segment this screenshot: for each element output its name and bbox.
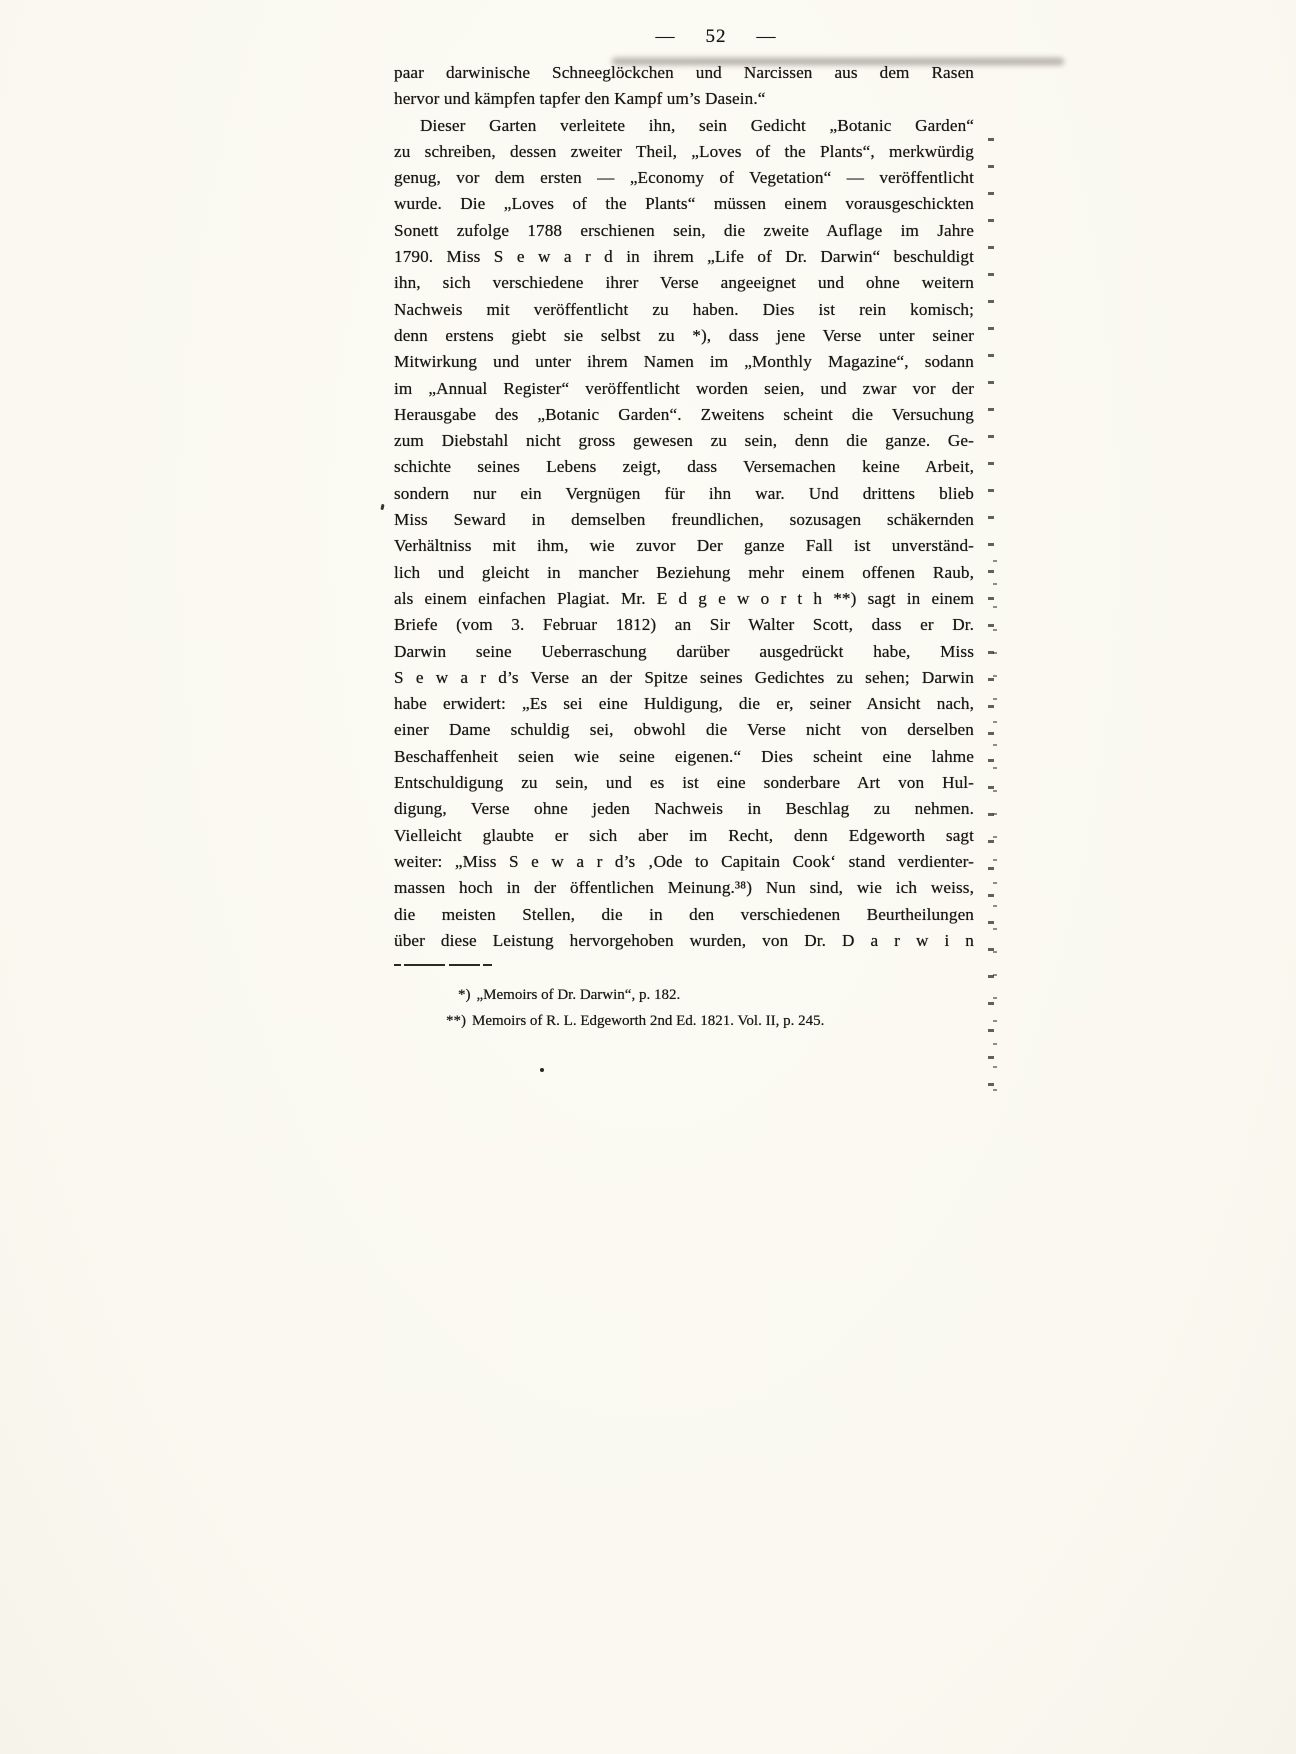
body-text-line: genug, vor dem ersten — „Economy of Vege… [394, 165, 974, 191]
body-text-line: über diese Leistung hervorgehoben wurden… [394, 928, 974, 954]
body-text-line: lich und gleicht in mancher Beziehung me… [394, 560, 974, 586]
body-text-line: habe erwidert: „Es sei eine Huldigung, d… [394, 691, 974, 717]
body-text-line: zum Diebstahl nicht gross gewesen zu sei… [394, 428, 974, 454]
body-text-line: Darwin seine Ueberraschung darüber ausge… [394, 639, 974, 665]
body-text-line: Miss Seward in demselben freundlichen, s… [394, 507, 974, 533]
header-dash-right: — [757, 26, 777, 48]
footnotes: *)„Memoirs of Dr. Darwin“, p. 182. **)Me… [394, 982, 994, 1034]
page-number: 52 [706, 26, 727, 48]
body-text-line: einer Dame schuldig sei, obwohl die Vers… [394, 717, 974, 743]
scan-margin-specks [993, 560, 997, 1100]
body-text-line: als einem einfachen Plagiat. Mr. E d g e… [394, 586, 974, 612]
footnote-text: Memoirs of R. L. Edgeworth 2nd Ed. 1821.… [472, 1013, 824, 1029]
body-text-line: Verhältniss mit ihm, wie zuvor Der ganze… [394, 533, 974, 559]
footnote-marker: **) [446, 1013, 472, 1029]
body-text-line: denn erstens giebt sie selbst zu *), das… [394, 323, 974, 349]
body-text-line: massen hoch in der öffentlichen Meinung.… [394, 875, 974, 901]
body-text-line: 1790. Miss S e w a r d in ihrem „Life of… [394, 244, 974, 270]
scan-speck [380, 504, 384, 510]
body-text-line: wurde. Die „Loves of the Plants“ müssen … [394, 191, 974, 217]
body-text-line: weiter: „Miss S e w a r d’s ‚Ode to Capi… [394, 849, 974, 875]
body-text-line: sondern nur ein Vergnügen für ihn war. U… [394, 481, 974, 507]
body-text-line: Herausgabe des „Botanic Garden“. Zweiten… [394, 402, 974, 428]
footnote-text: „Memoirs of Dr. Darwin“, p. 182. [477, 987, 681, 1003]
footnote: *)„Memoirs of Dr. Darwin“, p. 182. [394, 982, 994, 1008]
body-text-line: im „Annual Register“ veröffentlicht word… [394, 376, 974, 402]
scanned-book-page: — 52 — paar darwinische Schneeglöckchen … [0, 0, 1296, 1754]
footnote-separator-rule [394, 964, 492, 966]
body-text-line: Entschuldigung zu sein, und es ist eine … [394, 770, 974, 796]
body-text-line: Briefe (vom 3. Februar 1812) an Sir Walt… [394, 612, 974, 638]
body-text: paar darwinische Schneeglöckchen und Nar… [394, 60, 974, 954]
body-text-line: S e w a r d’s Verse an der Spitze seines… [394, 665, 974, 691]
body-text-line: Dieser Garten verleitete ihn, sein Gedic… [394, 113, 974, 139]
header-dash-left: — [656, 26, 676, 48]
body-text-line: Beschaffenheit seien wie seine eigenen.“… [394, 744, 974, 770]
body-text-line: Vielleicht glaubte er sich aber im Recht… [394, 823, 974, 849]
page-header: — 52 — [566, 26, 866, 48]
scan-speck [540, 1068, 544, 1072]
body-text-line: ihn, sich verschiedene ihrer Verse angee… [394, 270, 974, 296]
body-text-line: die meisten Stellen, die in den verschie… [394, 902, 974, 928]
footnote-marker: *) [458, 987, 477, 1003]
body-text-line: paar darwinische Schneeglöckchen und Nar… [394, 60, 974, 86]
body-text-line: digung, Verse ohne jeden Nachweis in Bes… [394, 796, 974, 822]
body-text-line: Mitwirkung und unter ihrem Namen im „Mon… [394, 349, 974, 375]
body-text-line: zu schreiben, dessen zweiter Theil, „Lov… [394, 139, 974, 165]
footnote: **)Memoirs of R. L. Edgeworth 2nd Ed. 18… [394, 1008, 994, 1034]
body-text-line: Nachweis mit veröffentlicht zu haben. Di… [394, 297, 974, 323]
body-text-line: Sonett zufolge 1788 erschienen sein, die… [394, 218, 974, 244]
body-text-line: schichte seines Lebens zeigt, dass Verse… [394, 454, 974, 480]
body-text-line: hervor und kämpfen tapfer den Kampf um’s… [394, 86, 974, 112]
